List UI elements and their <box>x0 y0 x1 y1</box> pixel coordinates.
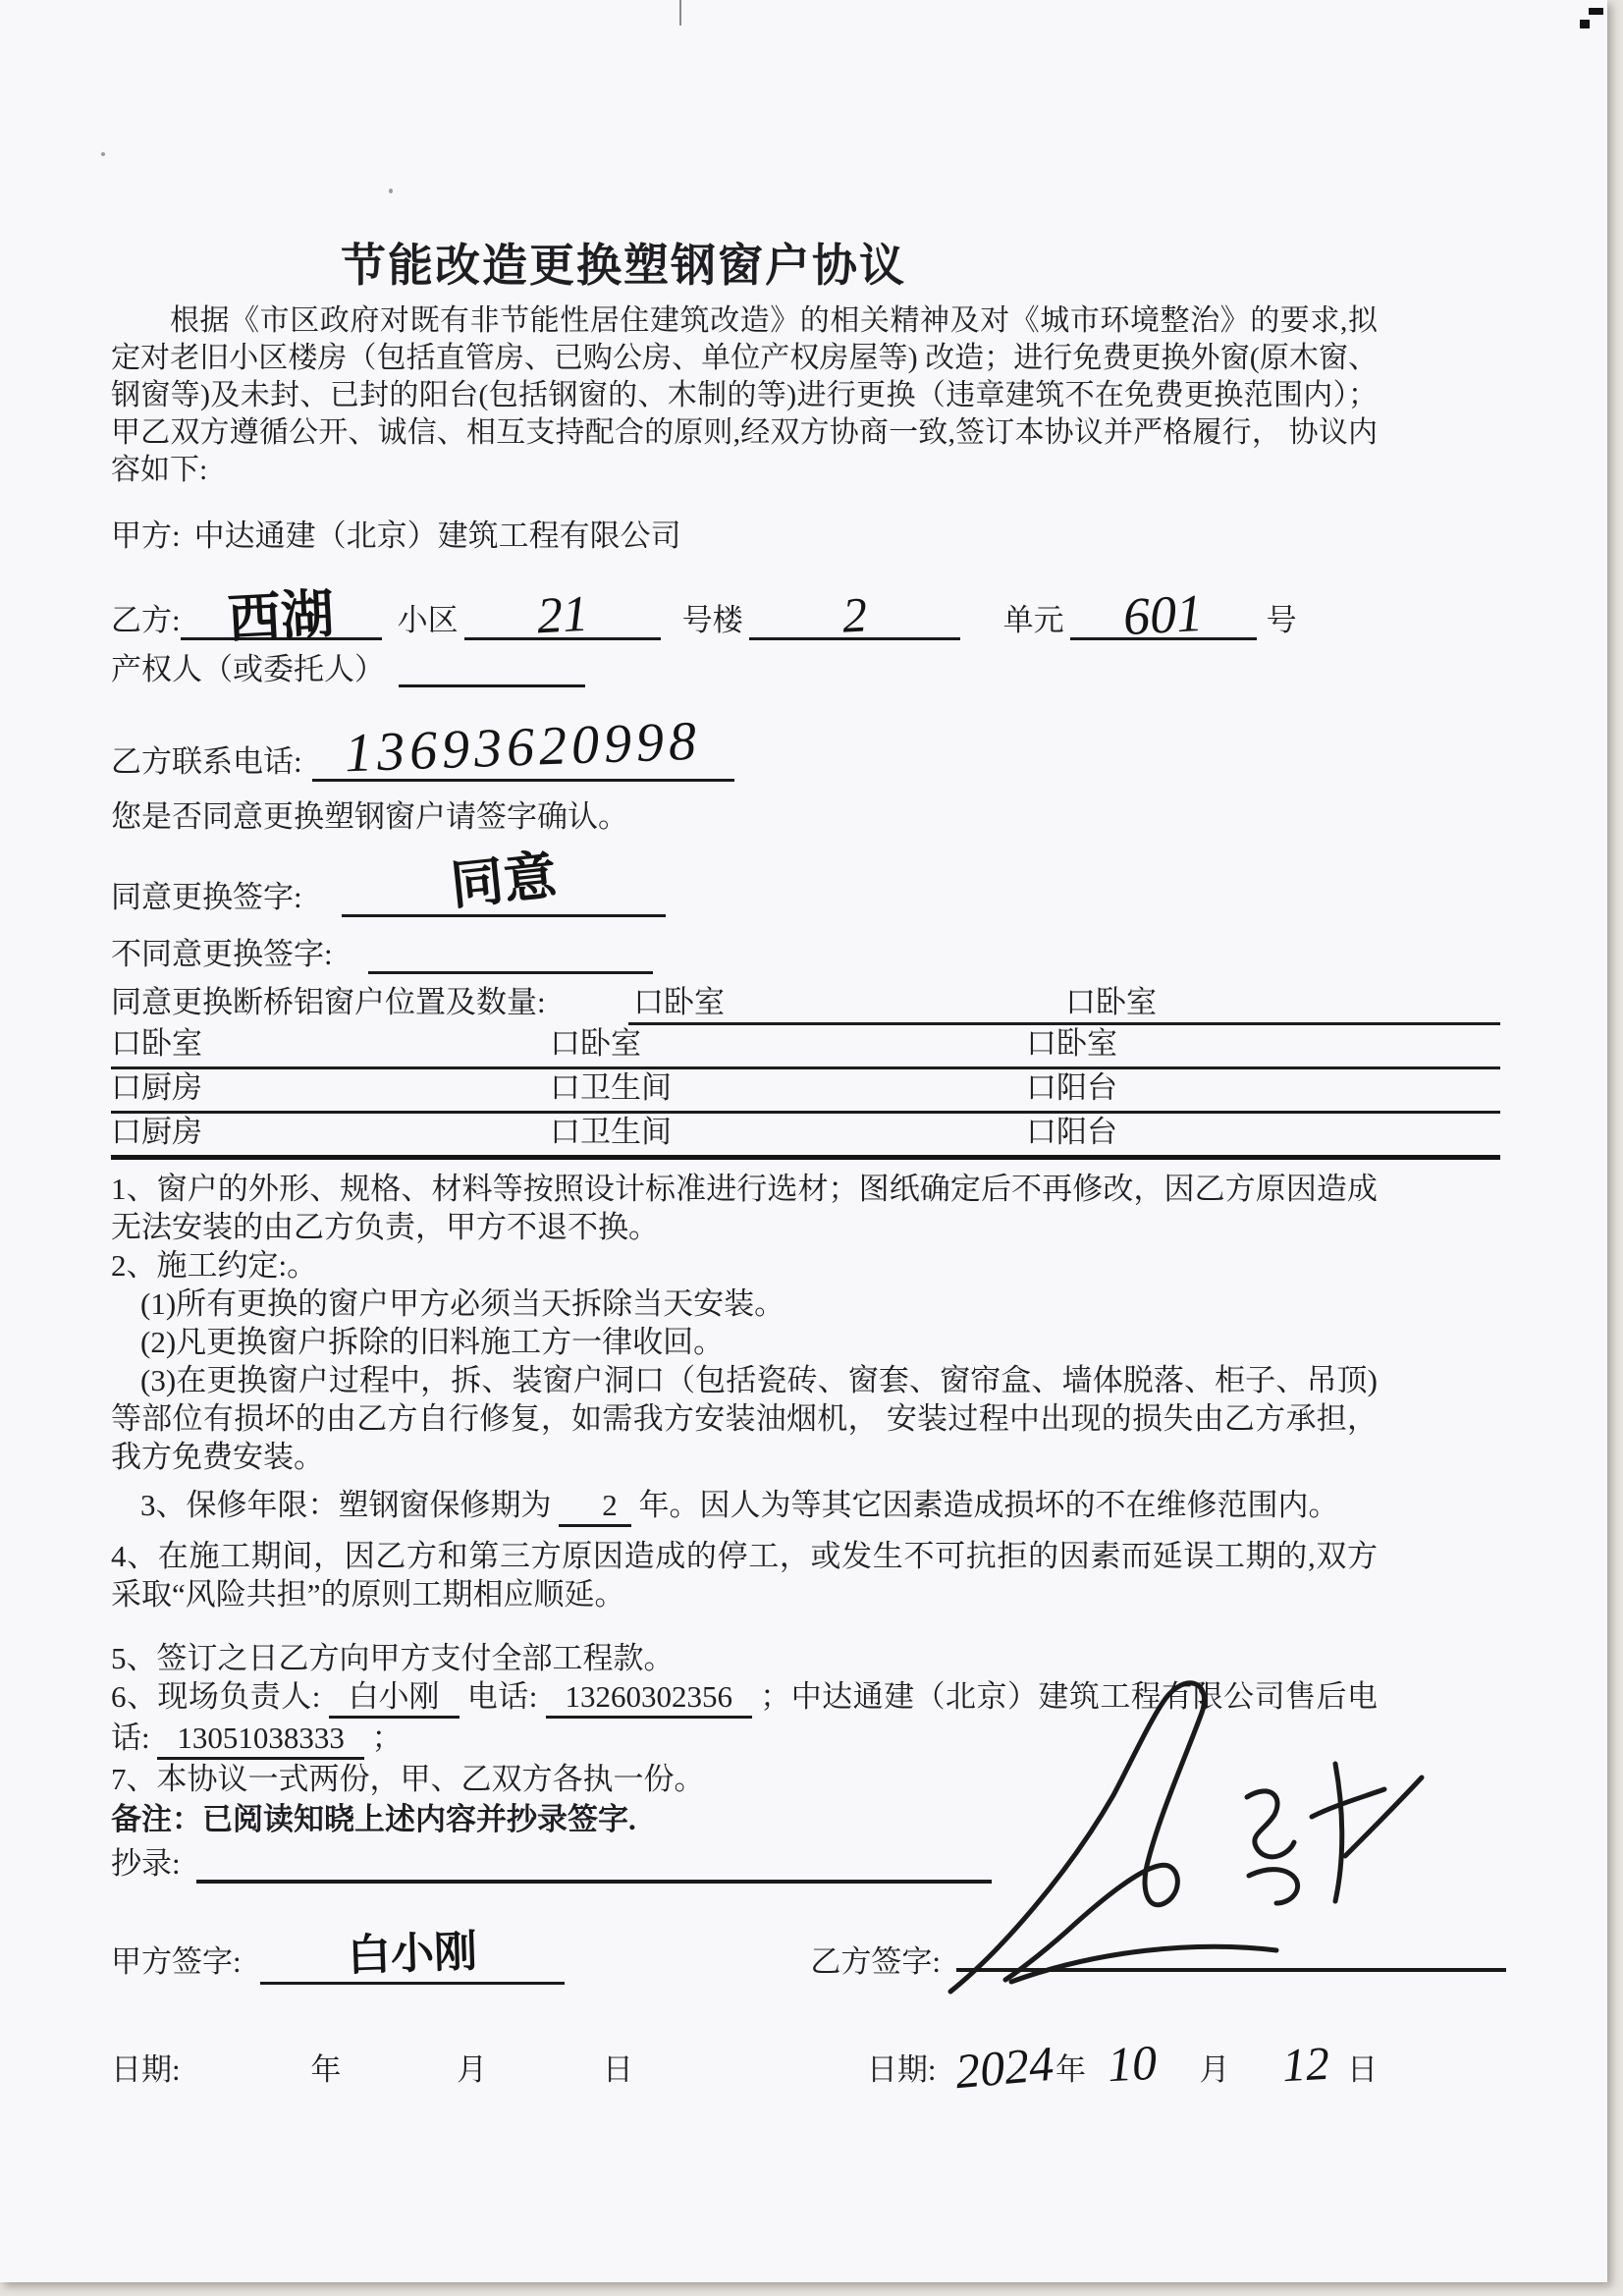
date-b-month-handwriting: 10 <box>1106 2038 1158 2090</box>
party-a-label: 甲方: <box>111 517 181 556</box>
owner-field <box>399 684 585 687</box>
transcribe-field <box>196 1880 992 1884</box>
room-suffix: 号 <box>1267 601 1297 640</box>
table-cell: 口卧室 <box>550 1018 641 1063</box>
table-cell: 口卧室 <box>111 1018 202 1063</box>
table-cell: 口卧室 <box>1026 1018 1117 1063</box>
table-cell: 口厨房 <box>111 1107 202 1151</box>
table-row: 口厨房 口卫生间 口阳台 <box>111 1114 1500 1160</box>
disagree-label: 不同意更换签字: <box>111 935 333 974</box>
agree-sign-line: 同意更换签字: 同意 <box>111 860 1378 917</box>
clause-7: 7、本协议一式两份，甲、乙双方各执一份。 <box>111 1760 1378 1798</box>
date-b-month: 月 <box>1200 2050 1230 2090</box>
paper-sheet: 节能改造更换塑钢窗户协议 根据《市区政府对既有非节能性居住建筑改造》的相关精神及… <box>0 0 1607 2282</box>
date-a-label: 日期: <box>111 2050 181 2090</box>
date-row: 日期: 年 月 日 日期: 2024 年 10 月 12 日 <box>111 2039 1378 2094</box>
signature-row: 甲方签字: 白小刚 乙方签字: <box>111 1937 1378 1988</box>
unit-suffix: 单元 <box>1003 601 1064 640</box>
phone-label: 乙方联系电话: <box>111 742 302 782</box>
scan-artifact <box>1589 8 1603 15</box>
date-b-year-handwriting: 2024 <box>953 2039 1055 2097</box>
clause-3-prefix: 3、保修年限：塑钢窗保修期为 <box>140 1488 552 1522</box>
transcribe-line: 抄录: <box>111 1838 1378 1884</box>
phone-handwriting: 13693620998 <box>344 714 702 782</box>
window-table-header-row: 同意更换断桥铝窗户位置及数量: 口卧室 口卧室 <box>111 980 1500 1025</box>
date-a-block: 日期: 年 月 日 <box>111 2050 663 2090</box>
building-suffix: 号楼 <box>682 601 743 640</box>
party-b-label: 乙方: <box>111 601 181 640</box>
party-b-signature-block: 乙方签字: <box>810 1942 1505 1982</box>
note-line: 备注：已阅读知晓上述内容并抄录签字. <box>111 1800 1378 1838</box>
room-field: 601 <box>1070 592 1257 640</box>
scan-artifact <box>101 152 105 156</box>
party-a-line: 甲方: 中达通建（北京）建筑工程有限公司 <box>111 517 1378 556</box>
clause-6-label4: ； <box>372 1721 403 1755</box>
agree-sign-field: 同意 <box>342 860 666 917</box>
agree-handwriting: 同意 <box>448 849 559 913</box>
party-a-value: 中达通建（北京）建筑工程有限公司 <box>194 517 681 556</box>
date-a-year: 年 <box>310 2050 341 2090</box>
party-a-sign-field: 白小刚 <box>260 1937 565 1985</box>
party-a-signature-block: 甲方签字: 白小刚 <box>111 1937 565 1985</box>
table-row: 口厨房 口卫生间 口阳台 <box>111 1069 1500 1114</box>
building-field: 21 <box>464 592 661 640</box>
party-b-sign-label: 乙方签字: <box>810 1942 941 1982</box>
page-title: 节能改造更换塑钢窗户协议 <box>111 230 1378 295</box>
community-handwriting: 西湖 <box>227 587 336 646</box>
clause-5: 5、签订之日乙方向甲方支付全部工程款。 <box>111 1639 1378 1677</box>
party-a-sign-label: 甲方签字: <box>111 1942 242 1982</box>
clause-2-2: (2)凡更换窗户拆除的旧料施工方一律收回。 <box>111 1323 1378 1361</box>
transcribe-label: 抄录: <box>111 1844 181 1884</box>
table-cell: 口卧室 <box>1065 977 1157 1021</box>
agree-label: 同意更换签字: <box>111 878 302 917</box>
clause-3-suffix: 年。因人为等其它因素造成损坏的不在维修范围内。 <box>639 1488 1339 1522</box>
community-suffix: 小区 <box>398 601 459 640</box>
clause-2-3: (3)在更换窗户过程中，拆、装窗户洞口（包括瓷砖、窗套、窗帘盒、墙体脱落、柜子、… <box>111 1361 1378 1476</box>
aftersales-phone: 13051038333 <box>157 1719 364 1760</box>
party-b-line: 乙方: 西湖 小区 21 号楼 2 单元 601 号 <box>111 572 1378 640</box>
disagree-sign-line: 不同意更换签字: <box>111 931 1378 974</box>
clause-6-label1: 6、现场负责人: <box>111 1679 320 1714</box>
phone-line: 乙方联系电话: 13693620998 <box>111 719 1378 782</box>
table-cell: 口卫生间 <box>550 1063 672 1107</box>
owner-label: 产权人（或委托人） <box>111 650 385 689</box>
clause-2: 2、施工约定:。 <box>111 1246 1378 1285</box>
clause-1: 1、窗户的外形、规格、材料等按照设计标准进行选材；图纸确定后不再修改，因乙方原因… <box>111 1170 1378 1246</box>
party-a-signature-handwriting: 白小刚 <box>348 1931 478 1979</box>
date-a-month: 月 <box>457 2050 487 2090</box>
party-b-sign-field <box>956 1968 1506 1972</box>
owner-line: 产权人（或委托人） <box>111 650 1378 701</box>
date-b-year: 年 <box>1055 2050 1086 2090</box>
scan-artifact <box>1580 20 1590 28</box>
site-manager-name: 白小刚 <box>329 1677 460 1719</box>
date-a-day: 日 <box>603 2050 633 2090</box>
clause-6: 6、现场负责人: 白小刚 电话: 13260302356 ；中达通建（北京）建筑… <box>111 1677 1378 1760</box>
clause-6-label2: 电话: <box>467 1679 538 1714</box>
phone-field: 13693620998 <box>312 724 734 782</box>
room-handwriting: 601 <box>1122 586 1205 643</box>
date-b-day-handwriting: 12 <box>1281 2041 1330 2090</box>
clause-4: 4、在施工期间，因乙方和第三方原因造成的停工，或发生不可抗拒的因素而延误工期的,… <box>111 1537 1378 1613</box>
confirm-note: 您是否同意更换塑钢窗户请签字确认。 <box>111 797 628 837</box>
date-b-block: 日期: 2024 年 10 月 12 日 <box>867 2039 1378 2090</box>
community-field: 西湖 <box>181 592 382 640</box>
date-b-day: 日 <box>1347 2050 1378 2090</box>
site-manager-phone: 13260302356 <box>546 1677 753 1719</box>
scanned-agreement-page: 节能改造更换塑钢窗户协议 根据《市区政府对既有非节能性居住建筑改造》的相关精神及… <box>0 0 1623 2296</box>
intro-paragraph: 根据《市区政府对既有非节能性居住建筑改造》的相关精神及对《城市环境整治》的要求,… <box>111 302 1378 489</box>
unit-handwriting: 2 <box>840 589 868 639</box>
table-cell: 口阳台 <box>1026 1107 1117 1151</box>
warranty-years: 2 <box>559 1486 631 1527</box>
confirm-note-line: 您是否同意更换塑钢窗户请签字确认。 <box>111 797 1378 837</box>
building-handwriting: 21 <box>535 589 589 643</box>
date-b-label: 日期: <box>867 2050 937 2090</box>
clause-3: 3、保修年限：塑钢窗保修期为 2 年。因人为等其它因素造成损坏的不在维修范围内。 <box>111 1486 1378 1527</box>
table-cell: 口阳台 <box>1026 1063 1117 1107</box>
clause-2-1: (1)所有更换的窗户甲方必须当天拆除当天安装。 <box>111 1285 1378 1323</box>
window-table-heading: 同意更换断桥铝窗户位置及数量: <box>111 977 546 1021</box>
disagree-sign-field <box>368 971 653 974</box>
table-cell: 口卧室 <box>633 977 725 1021</box>
table-cell: 口卫生间 <box>550 1107 672 1151</box>
table-row: 口卧室 口卧室 口卧室 <box>111 1025 1500 1069</box>
unit-field: 2 <box>749 592 960 640</box>
window-table: 同意更换断桥铝窗户位置及数量: 口卧室 口卧室 口卧室 口卧室 口卧室 口厨房 … <box>111 980 1500 1160</box>
table-cell: 口厨房 <box>111 1063 202 1107</box>
